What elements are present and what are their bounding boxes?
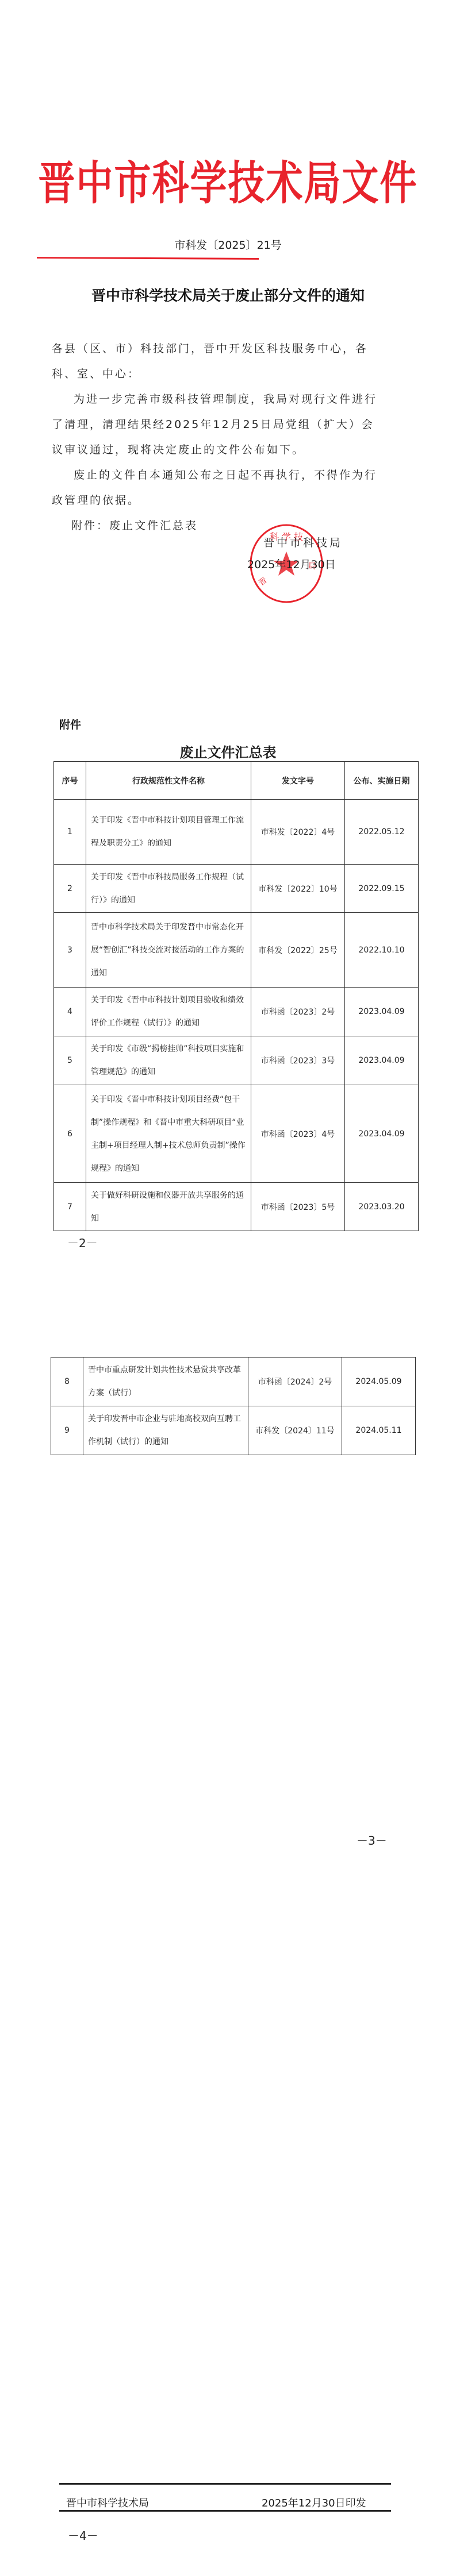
abolished-documents-table: 序号 行政规范性文件名称 发文字号 公布、实施日期 1 关于印发《晋中市科技计划… <box>53 761 419 1231</box>
document-code: 市科函〔2023〕4号 <box>251 1085 345 1183</box>
notice-title: 晋中市科学技术局关于废止部分文件的通知 <box>0 284 456 305</box>
body-paragraph-2: 废止的文件自本通知公布之日起不再执行，不得作为行政管理的依据。 <box>52 462 385 513</box>
publish-date: 2024.05.11 <box>342 1406 416 1455</box>
document-number: 市科发〔2025〕21号 <box>0 237 456 252</box>
document-code: 市科发〔2022〕25号 <box>251 913 345 988</box>
addressee: 各县（区、市）科技部门，晋中开发区科技服务中心，各科、室、中心： <box>52 336 385 387</box>
signature-date: 2025年12月30日 <box>247 556 336 572</box>
document-code: 市科函〔2024〕2号 <box>248 1358 342 1406</box>
document-name: 关于印发《晋中市科技计划项目验收和绩效评价工作规程（试行）》的通知 <box>86 988 251 1036</box>
table-row: 2 关于印发《晋中市科技局服务工作规程（试行）》的通知 市科发〔2022〕10号… <box>54 865 419 913</box>
publish-date: 2023.04.09 <box>345 988 419 1036</box>
document-code: 市科函〔2023〕5号 <box>251 1183 345 1231</box>
column-header: 序号 <box>54 762 86 800</box>
document-name: 关于做好科研设施和仪器开放共享服务的通知 <box>86 1183 251 1231</box>
page-number-2: －2－ <box>67 1234 98 1251</box>
publish-date: 2023.04.09 <box>345 1036 419 1085</box>
attachment-note: 附件：废止文件汇总表 <box>71 513 405 538</box>
document-code: 市科发〔2024〕11号 <box>248 1406 342 1455</box>
footer-issuing-org: 晋中市科学技术局 <box>66 2495 149 2510</box>
column-header: 公布、实施日期 <box>345 762 419 800</box>
table-row: 1 关于印发《晋中市科技计划项目管理工作流程及职责分工》的通知 市科发〔2022… <box>54 800 419 865</box>
annex-title: 废止文件汇总表 <box>0 741 456 761</box>
abolished-documents-table-continued: 8 晋中市重点研发计划共性技术悬赏共享改革方案（试行） 市科函〔2024〕2号 … <box>51 1357 416 1455</box>
document-code: 市科发〔2022〕10号 <box>251 865 345 913</box>
row-number: 5 <box>54 1036 86 1085</box>
footer-top-rule <box>59 2483 391 2485</box>
signature-org: 晋中市科技局 <box>263 534 343 550</box>
document-code: 市科函〔2023〕3号 <box>251 1036 345 1085</box>
document-name: 关于印发《市级“揭榜挂帅”科技项目实施和管理规范》的通知 <box>86 1036 251 1085</box>
row-number: 1 <box>54 800 86 865</box>
svg-text:晋: 晋 <box>257 576 269 588</box>
table-header-row: 序号 行政规范性文件名称 发文字号 公布、实施日期 <box>54 762 419 800</box>
table-row: 6 关于印发《晋中市科技计划项目经费“包干制”操作规程》和《晋中市重大科研项目“… <box>54 1085 419 1183</box>
publish-date: 2022.10.10 <box>345 913 419 988</box>
table-row: 4 关于印发《晋中市科技计划项目验收和绩效评价工作规程（试行）》的通知 市科函〔… <box>54 988 419 1036</box>
publish-date: 2024.05.09 <box>342 1358 416 1406</box>
table-row: 7 关于做好科研设施和仪器开放共享服务的通知 市科函〔2023〕5号 2023.… <box>54 1183 419 1231</box>
row-number: 9 <box>51 1406 83 1455</box>
row-number: 2 <box>54 865 86 913</box>
footer-print-date: 2025年12月30日印发 <box>262 2495 366 2510</box>
document-name: 晋中市科学技术局关于印发晋中市常态化开展“智创汇”科技交流对接活动的工作方案的通… <box>86 913 251 988</box>
table-row: 5 关于印发《市级“揭榜挂帅”科技项目实施和管理规范》的通知 市科函〔2023〕… <box>54 1036 419 1085</box>
body-paragraph-1: 为进一步完善市级科技管理制度，我局对现行文件进行了清理，清理结果经2025年12… <box>52 387 385 462</box>
document-code: 市科函〔2023〕2号 <box>251 988 345 1036</box>
document-name: 关于印发《晋中市科技计划项目经费“包干制”操作规程》和《晋中市重大科研项目“业主… <box>86 1085 251 1183</box>
page-number-4: －4－ <box>68 2527 98 2543</box>
row-number: 6 <box>54 1085 86 1183</box>
annex-label: 附件 <box>59 716 81 732</box>
document-code: 市科发〔2022〕4号 <box>251 800 345 865</box>
red-divider <box>37 257 259 260</box>
publish-date: 2022.09.15 <box>345 865 419 913</box>
table-row: 8 晋中市重点研发计划共性技术悬赏共享改革方案（试行） 市科函〔2024〕2号 … <box>51 1358 416 1406</box>
document-name: 晋中市重点研发计划共性技术悬赏共享改革方案（试行） <box>83 1358 248 1406</box>
document-masthead: 晋中市科学技术局文件 <box>0 146 456 213</box>
row-number: 8 <box>51 1358 83 1406</box>
footer-bottom-rule <box>59 2510 391 2512</box>
publish-date: 2023.03.20 <box>345 1183 419 1231</box>
publish-date: 2022.05.12 <box>345 800 419 865</box>
document-name: 关于印发《晋中市科技计划项目管理工作流程及职责分工》的通知 <box>86 800 251 865</box>
document-name: 关于印发晋中市企业与驻地高校双向互聘工作机制（试行）的通知 <box>83 1406 248 1455</box>
column-header: 发文字号 <box>251 762 345 800</box>
publish-date: 2023.04.09 <box>345 1085 419 1183</box>
column-header: 行政规范性文件名称 <box>86 762 251 800</box>
page-number-3: －3－ <box>357 1831 387 1848</box>
table-row: 9 关于印发晋中市企业与驻地高校双向互聘工作机制（试行）的通知 市科发〔2024… <box>51 1406 416 1455</box>
row-number: 4 <box>54 988 86 1036</box>
document-name: 关于印发《晋中市科技局服务工作规程（试行）》的通知 <box>86 865 251 913</box>
row-number: 7 <box>54 1183 86 1231</box>
table-row: 3 晋中市科学技术局关于印发晋中市常态化开展“智创汇”科技交流对接活动的工作方案… <box>54 913 419 988</box>
row-number: 3 <box>54 913 86 988</box>
